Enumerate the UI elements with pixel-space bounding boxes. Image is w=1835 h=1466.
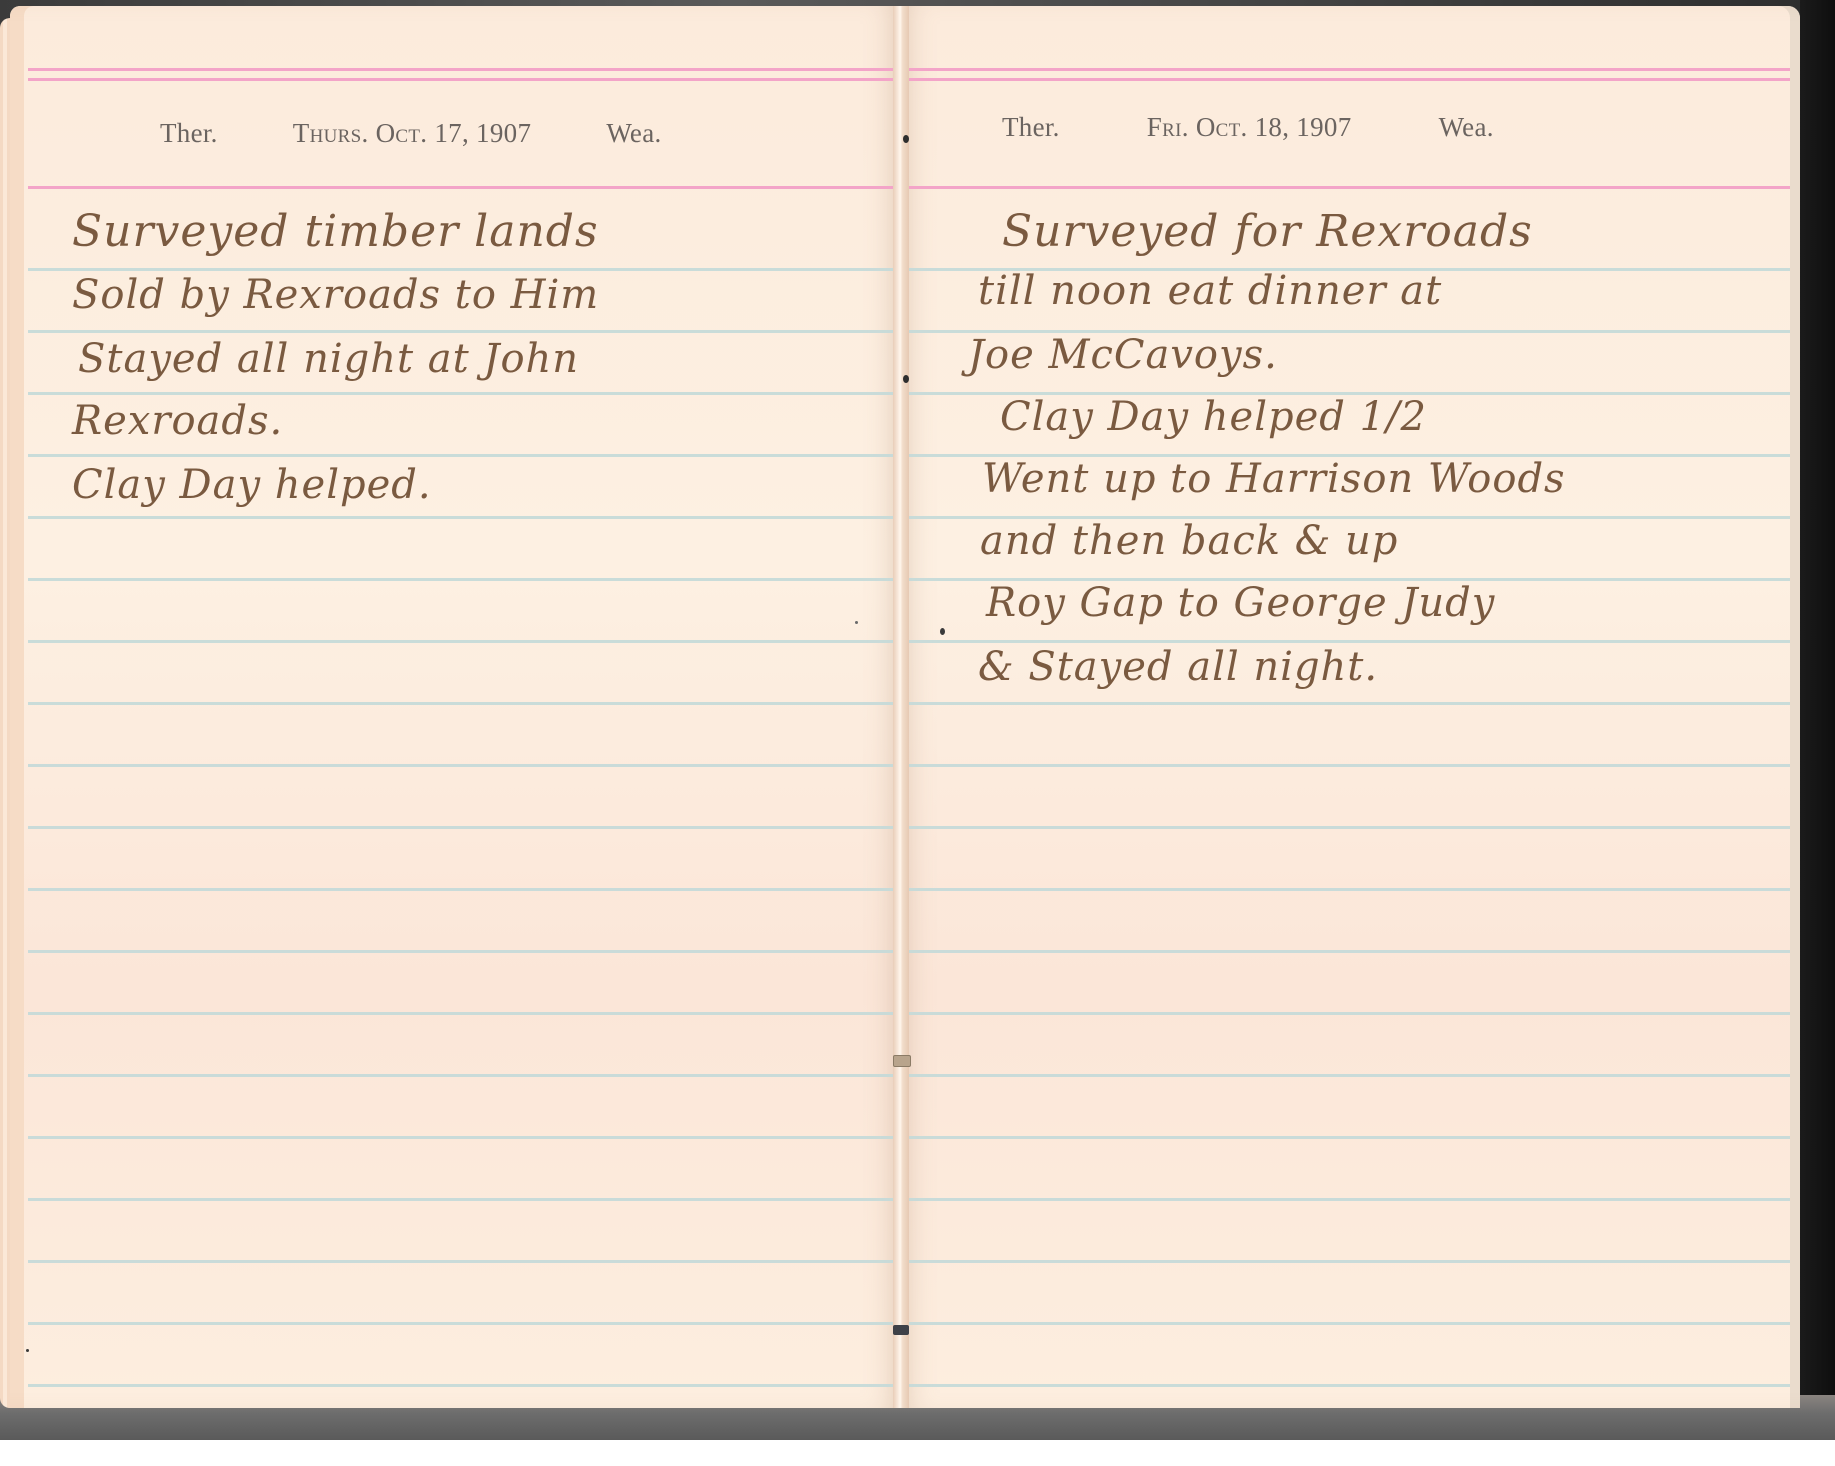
- ruled-line: [28, 330, 900, 333]
- ruled-line: [28, 950, 900, 953]
- handwritten-line: Sold by Rexroads to Him: [72, 272, 599, 318]
- pink-header-rule-top: [28, 68, 900, 71]
- ruled-line: [28, 1260, 900, 1263]
- handwritten-line: Rexroads.: [72, 398, 283, 444]
- ruled-line: [900, 1322, 1790, 1325]
- ruled-line: [900, 826, 1790, 829]
- right-diary-page: Ther. Fri. Oct. 18, 1907 Wea. Surveyed f…: [900, 6, 1800, 1408]
- ruled-line: [28, 1136, 900, 1139]
- ruled-line: [28, 516, 900, 519]
- ruled-line: [900, 702, 1790, 705]
- right-header: Ther. Fri. Oct. 18, 1907 Wea.: [1002, 112, 1494, 143]
- ruled-line: [28, 888, 900, 891]
- ruled-line: [28, 826, 900, 829]
- handwritten-line: Roy Gap to George Judy: [986, 580, 1495, 626]
- handwritten-line: & Stayed all night.: [978, 644, 1378, 690]
- wea-label: Wea.: [606, 118, 661, 148]
- ruled-line: [28, 578, 900, 581]
- left-header: Ther. Thurs. Oct. 17, 1907 Wea.: [160, 118, 662, 149]
- wea-label: Wea.: [1439, 112, 1494, 142]
- binding-stitch: [893, 1325, 909, 1335]
- handwritten-line: Joe McCavoys.: [968, 332, 1278, 378]
- pink-header-rule-second: [28, 78, 900, 81]
- ruled-line: [28, 764, 900, 767]
- ruled-line: [28, 1012, 900, 1015]
- ruled-line: [28, 454, 900, 457]
- ruled-line: [900, 640, 1790, 643]
- ruled-line: [28, 702, 900, 705]
- ruled-line: [900, 1136, 1790, 1139]
- pink-header-rule-second: [900, 78, 1790, 81]
- book-cover-edge: [1800, 0, 1835, 1440]
- ruled-line: [900, 1260, 1790, 1263]
- ink-speck: [26, 1349, 29, 1352]
- ruled-line: [28, 1384, 900, 1387]
- handwritten-line: Surveyed for Rexroads: [1002, 206, 1533, 257]
- left-diary-page: Ther. Thurs. Oct. 17, 1907 Wea. Surveyed…: [10, 6, 900, 1408]
- handwritten-line: Clay Day helped.: [72, 462, 432, 508]
- date-label: Thurs. Oct. 17, 1907: [293, 118, 531, 148]
- pink-header-rule-top: [900, 68, 1790, 71]
- binding-mark: [903, 135, 909, 143]
- ruled-line: [900, 1384, 1790, 1387]
- ruled-line: [28, 1322, 900, 1325]
- ruled-line: [28, 268, 900, 271]
- ruled-line: [900, 1198, 1790, 1201]
- ruled-line: [28, 1198, 900, 1201]
- ruled-line: [900, 764, 1790, 767]
- ther-label: Ther.: [1002, 112, 1060, 142]
- ruled-line: [900, 1074, 1790, 1077]
- handwritten-line: Went up to Harrison Woods: [982, 456, 1566, 502]
- handwritten-line: Stayed all night at John: [78, 336, 579, 382]
- handwritten-line: Surveyed timber lands: [72, 206, 599, 257]
- ruled-line: [900, 888, 1790, 891]
- ruled-line: [28, 392, 900, 395]
- book-gutter: [893, 6, 909, 1408]
- ruled-line: [900, 950, 1790, 953]
- ruled-line: [28, 640, 900, 643]
- handwritten-line: and then back & up: [980, 518, 1398, 564]
- ruled-line: [900, 1012, 1790, 1015]
- ink-speck: [940, 628, 945, 635]
- ruled-line: [28, 1074, 900, 1077]
- date-label: Fri. Oct. 18, 1907: [1147, 112, 1352, 142]
- ther-label: Ther.: [160, 118, 218, 148]
- binding-stitch: [893, 1055, 911, 1067]
- pink-header-rule-bottom: [28, 186, 900, 189]
- handwritten-line: till noon eat dinner at: [978, 268, 1442, 314]
- binding-mark: [903, 375, 909, 383]
- ink-speck: [855, 621, 858, 624]
- handwritten-line: Clay Day helped 1/2: [1000, 394, 1427, 440]
- pink-header-rule-bottom: [900, 186, 1790, 189]
